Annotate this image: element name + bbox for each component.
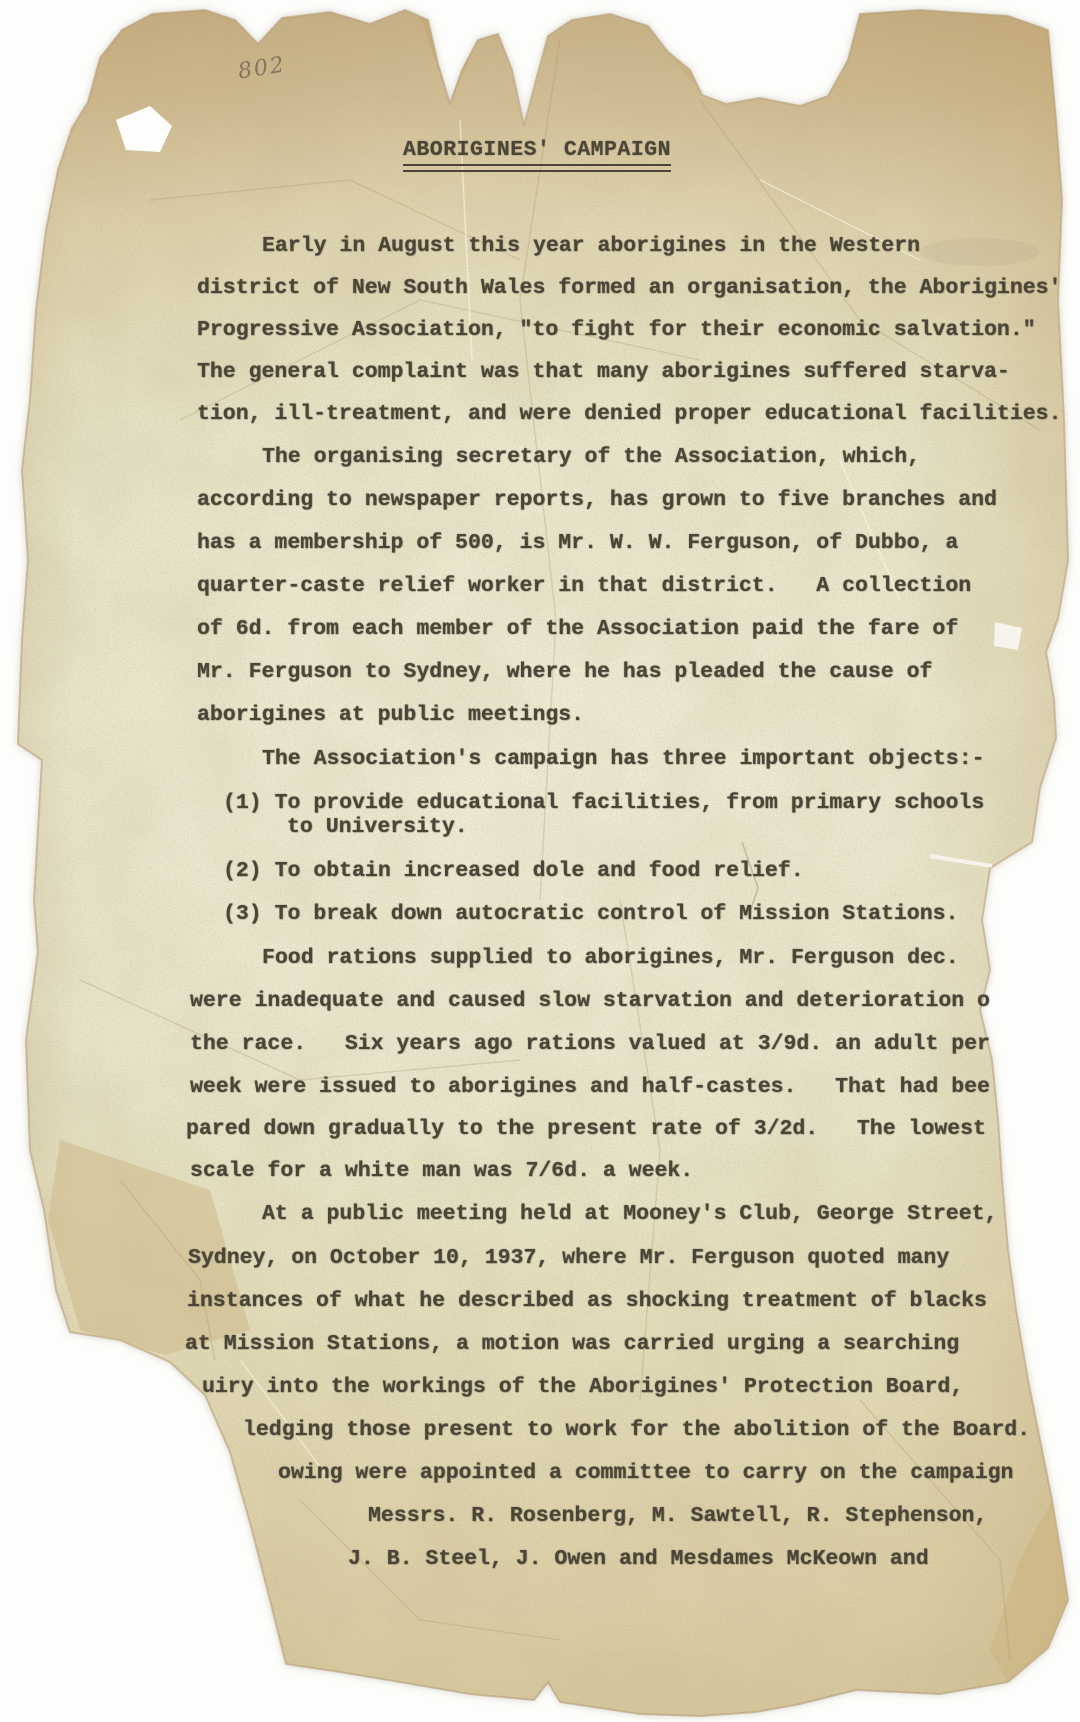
typed-line: The general complaint was that many abor… (197, 360, 1010, 384)
typed-line: Progressive Association, "to fight for t… (197, 318, 1036, 342)
handwritten-archive-number: 802 (236, 52, 287, 84)
typed-line: The Association's campaign has three imp… (262, 747, 985, 771)
title-underline: ABORIGINES' CAMPAIGN (403, 138, 671, 172)
typed-line: week were issued to aborigines and half-… (190, 1075, 990, 1099)
typed-line: were inadequate and caused slow starvati… (190, 989, 990, 1013)
scanned-document: 802 ABORIGINES' CAMPAIGN Early in August… (0, 0, 1080, 1722)
typed-line: owing were appointed a committee to carr… (278, 1461, 1013, 1485)
document-title: ABORIGINES' CAMPAIGN (403, 138, 671, 172)
typed-line: (2) To obtain increased dole and food re… (223, 859, 804, 883)
typed-line: of 6d. from each member of the Associati… (197, 617, 958, 641)
typed-line: quarter-caste relief worker in that dist… (197, 574, 971, 598)
typed-line: district of New South Wales formed an or… (197, 276, 1061, 300)
typed-line: (1) To provide educational facilities, f… (223, 791, 984, 815)
typed-line: to University. (287, 815, 468, 839)
typed-line: instances of what he described as shocki… (187, 1289, 987, 1313)
typed-line: Mr. Ferguson to Sydney, where he has ple… (197, 660, 932, 684)
typed-line: aborigines at public meetings. (197, 703, 584, 727)
typed-line: ledging those present to work for the ab… (243, 1418, 1030, 1442)
typed-line: scale for a white man was 7/6d. a week. (190, 1159, 693, 1183)
typed-text-layer: 802 ABORIGINES' CAMPAIGN Early in August… (0, 0, 1080, 1722)
typed-line: has a membership of 500, is Mr. W. W. Fe… (197, 531, 958, 555)
typed-line: at Mission Stations, a motion was carrie… (185, 1332, 959, 1356)
typed-line: Messrs. R. Rosenberg, M. Sawtell, R. Ste… (368, 1504, 987, 1528)
typed-line: the race. Six years ago rations valued a… (190, 1032, 990, 1056)
typed-line: Early in August this year aborigines in … (262, 234, 920, 258)
typed-line: (3) To break down autocratic control of … (223, 902, 958, 926)
typed-line: tion, ill-treatment, and were denied pro… (197, 402, 1061, 426)
typed-line: Food rations supplied to aborigines, Mr.… (262, 946, 959, 970)
typed-line: The organising secretary of the Associat… (262, 445, 920, 469)
typed-line: J. B. Steel, J. Owen and Mesdames McKeow… (348, 1547, 929, 1571)
typed-line: according to newspaper reports, has grow… (197, 488, 997, 512)
typed-line: pared down gradually to the present rate… (186, 1117, 986, 1141)
typed-line: uiry into the workings of the Aborigines… (202, 1375, 963, 1399)
typed-line: Sydney, on October 10, 1937, where Mr. F… (188, 1246, 949, 1270)
typed-line: At a public meeting held at Mooney's Clu… (262, 1202, 997, 1226)
